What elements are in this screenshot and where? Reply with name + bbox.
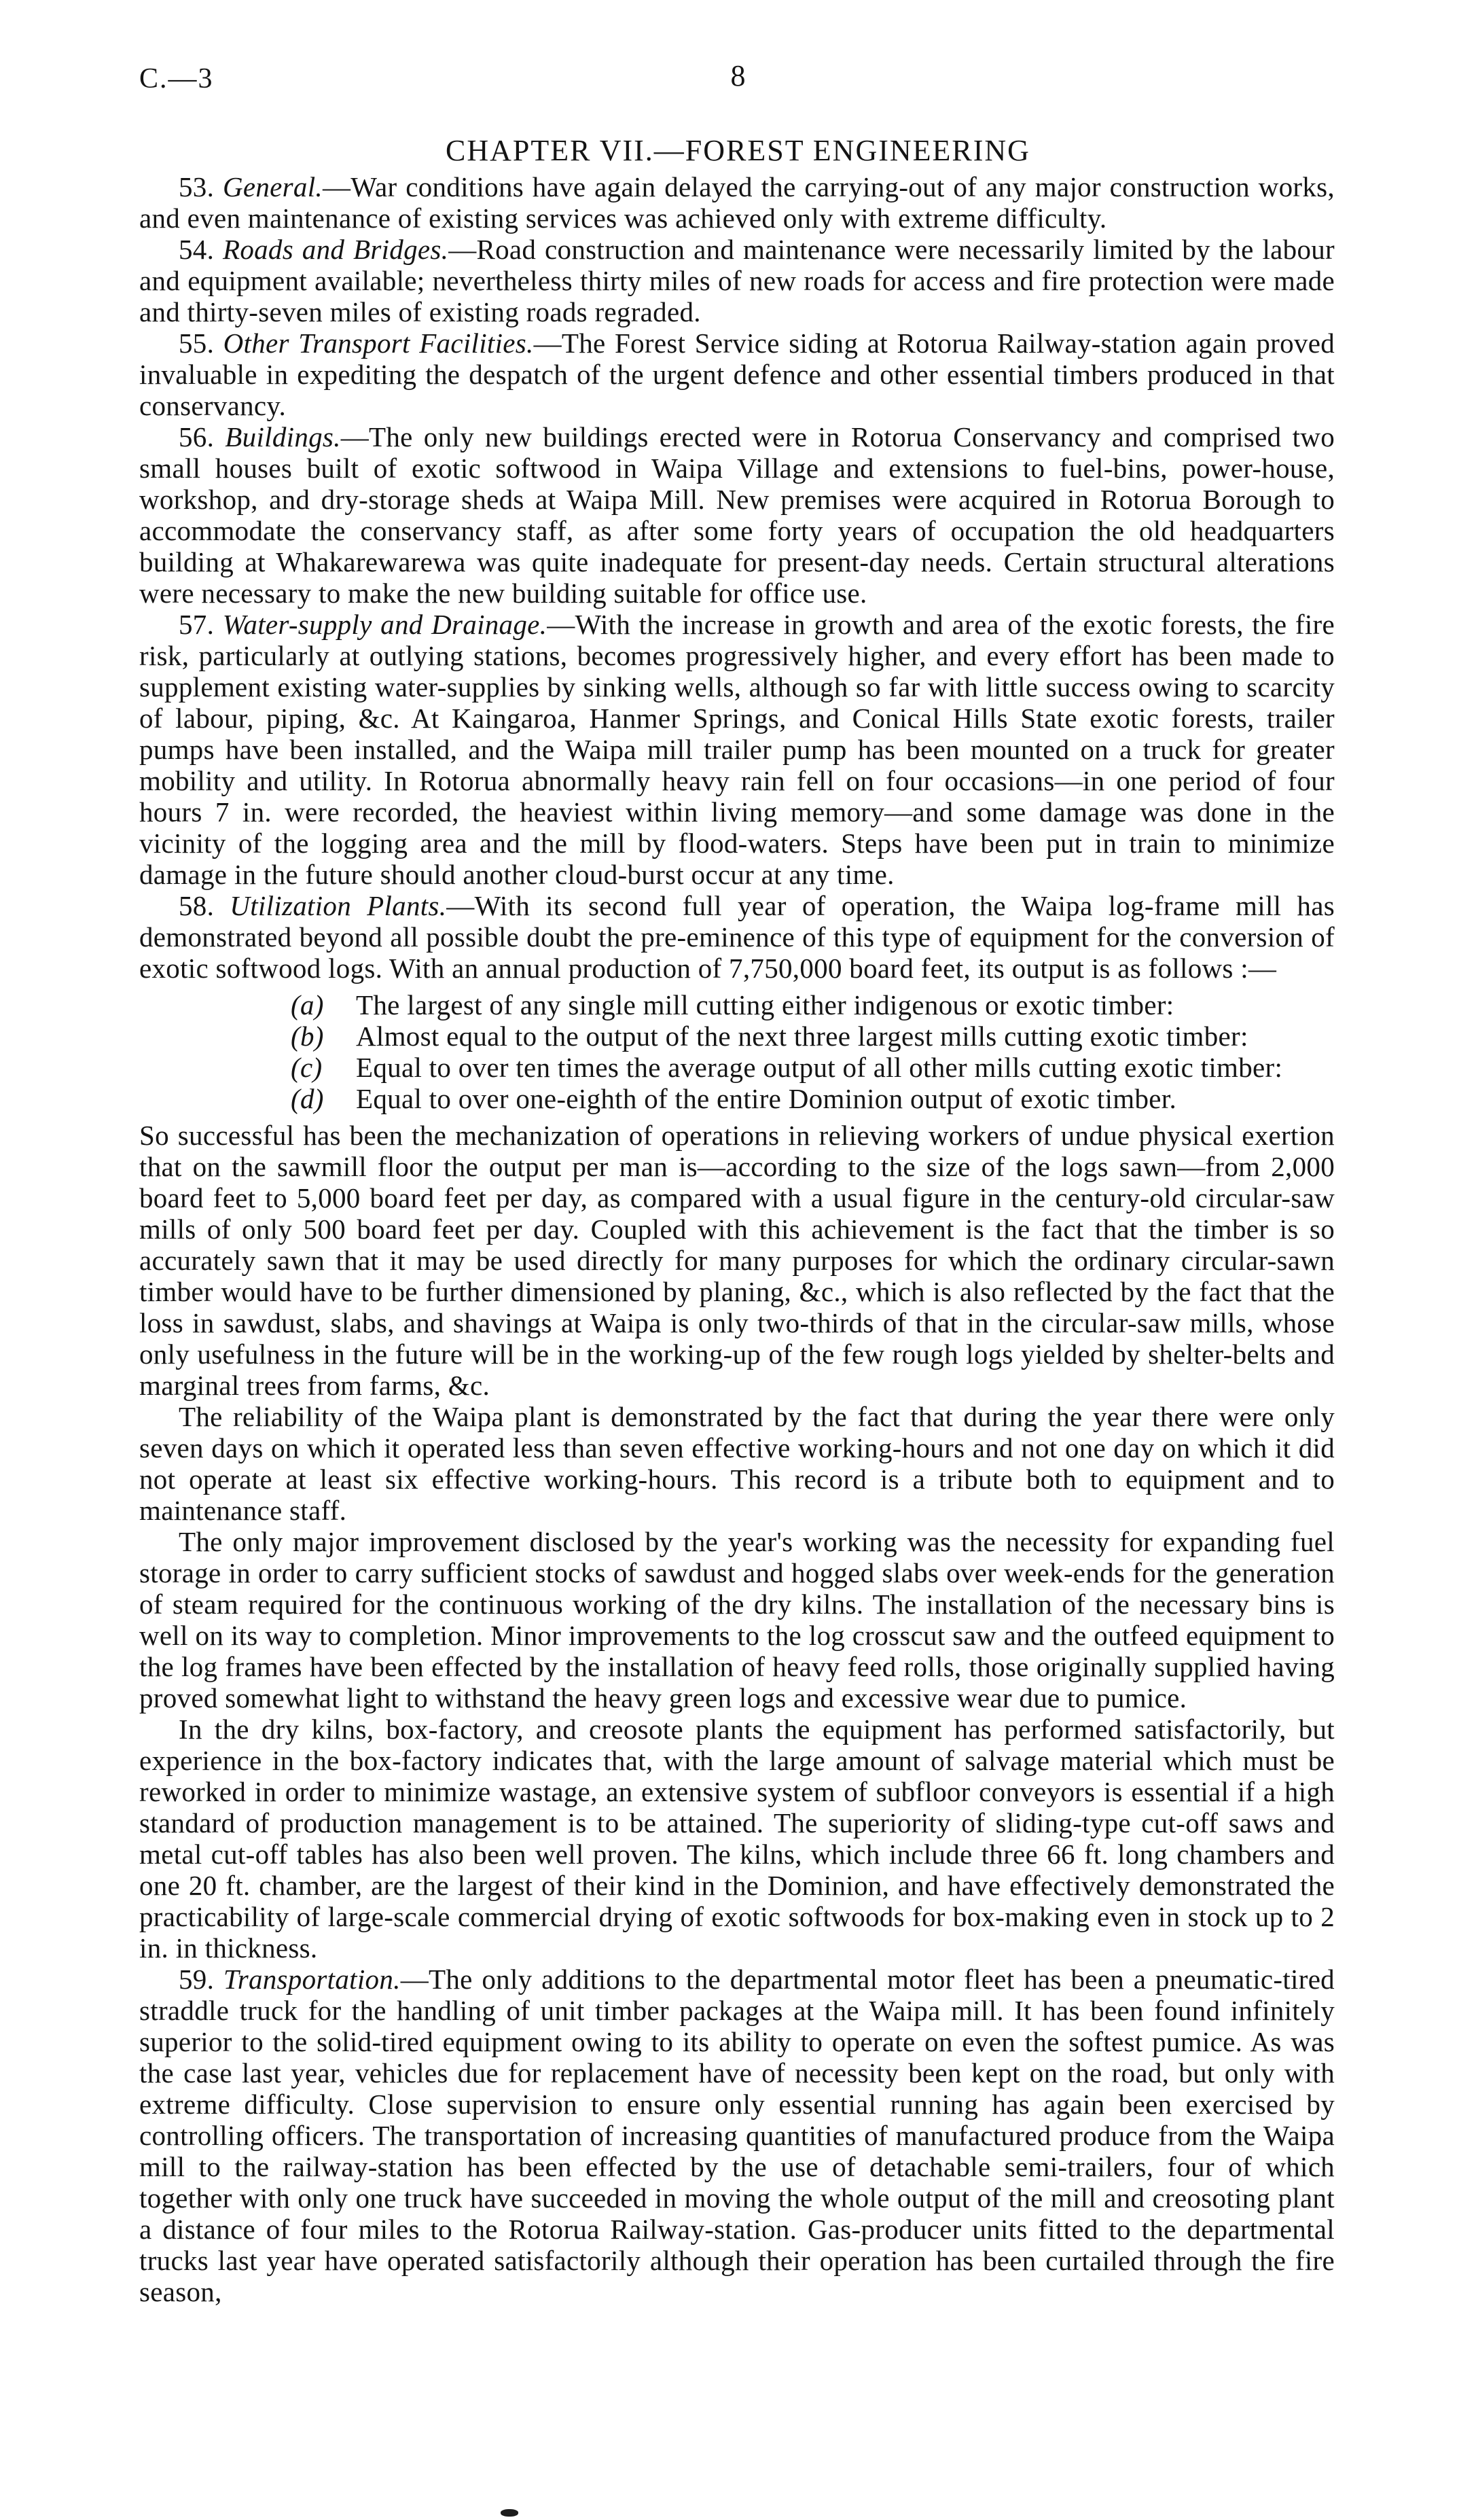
paragraph-text: The only major improvement disclosed by … <box>139 1526 1335 1714</box>
section-number: 58. <box>179 890 214 921</box>
section-number: 59. <box>179 1964 214 1995</box>
section-number: 53. <box>179 171 214 202</box>
section-number: 55. <box>179 327 214 359</box>
list-item-text: The largest of any single mill cutting e… <box>356 989 1174 1021</box>
paragraph-fuel-storage: The only major improvement disclosed by … <box>139 1526 1335 1714</box>
section-heading: Other Transport Facilities. <box>223 327 534 359</box>
ink-smudge <box>501 2509 518 2517</box>
list-item-b: (b)Almost equal to the output of the nex… <box>139 1021 1335 1052</box>
section-heading: Water-supply and Drainage. <box>223 609 547 640</box>
list-item-a: (a)The largest of any single mill cuttin… <box>139 989 1335 1021</box>
list-item-text: Almost equal to the output of the next t… <box>356 1021 1248 1052</box>
paragraph-so-successful: So successful has been the mechanization… <box>139 1120 1335 1401</box>
paragraph-text: The reliability of the Waipa plant is de… <box>139 1401 1335 1526</box>
list-item-text: Equal to over ten times the average outp… <box>356 1052 1282 1083</box>
list-marker: (d) <box>291 1083 356 1114</box>
list-item-text: Equal to over one-eighth of the entire D… <box>356 1083 1176 1114</box>
paragraph-56-buildings: 56. Buildings.—The only new buildings er… <box>139 421 1335 609</box>
list-item-d: (d)Equal to over one-eighth of the entir… <box>139 1083 1335 1114</box>
section-number: 54. <box>179 234 214 265</box>
page-number: 8 <box>0 58 1476 93</box>
paragraph-text: —The only additions to the departmental … <box>139 1964 1335 2307</box>
section-number: 56. <box>179 421 214 452</box>
paragraph-text: In the dry kilns, box-factory, and creos… <box>139 1714 1335 1964</box>
section-number: 57. <box>179 609 214 640</box>
section-heading: Transportation. <box>223 1964 401 1995</box>
paragraph-57-water-supply-and-drainage: 57. Water-supply and Drainage.—With the … <box>139 609 1335 890</box>
paragraph-text: —With the increase in growth and area of… <box>139 609 1335 890</box>
paragraph-55-other-transport-facilities: 55. Other Transport Facilities.—The Fore… <box>139 327 1335 421</box>
paragraph-59-transportation: 59. Transportation.—The only additions t… <box>139 1964 1335 2307</box>
list-marker: (a) <box>291 989 356 1021</box>
paragraph-54-roads-and-bridges: 54. Roads and Bridges.—Road construction… <box>139 234 1335 327</box>
document-page: C.—3 8 CHAPTER VII.—FOREST ENGINEERING 5… <box>0 0 1476 2520</box>
paragraph-dry-kilns: In the dry kilns, box-factory, and creos… <box>139 1714 1335 1964</box>
paragraph-58-utilization-plants: 58. Utilization Plants.—With its second … <box>139 890 1335 984</box>
chapter-title: CHAPTER VII.—FOREST ENGINEERING <box>0 133 1476 168</box>
paragraph-53-general: 53. General.—War conditions have again d… <box>139 171 1335 234</box>
paragraph-text: So successful has been the mechanization… <box>139 1120 1335 1401</box>
list-marker: (b) <box>291 1021 356 1052</box>
section-heading: Buildings. <box>225 421 340 452</box>
list-marker: (c) <box>291 1052 356 1083</box>
section-heading: General. <box>223 171 323 202</box>
list-item-c: (c)Equal to over ten times the average o… <box>139 1052 1335 1083</box>
output-list: (a)The largest of any single mill cuttin… <box>139 989 1335 1114</box>
page-body: 53. General.—War conditions have again d… <box>139 171 1335 2307</box>
paragraph-reliability: The reliability of the Waipa plant is de… <box>139 1401 1335 1526</box>
section-heading: Roads and Bridges. <box>223 234 448 265</box>
section-heading: Utilization Plants. <box>230 890 446 921</box>
